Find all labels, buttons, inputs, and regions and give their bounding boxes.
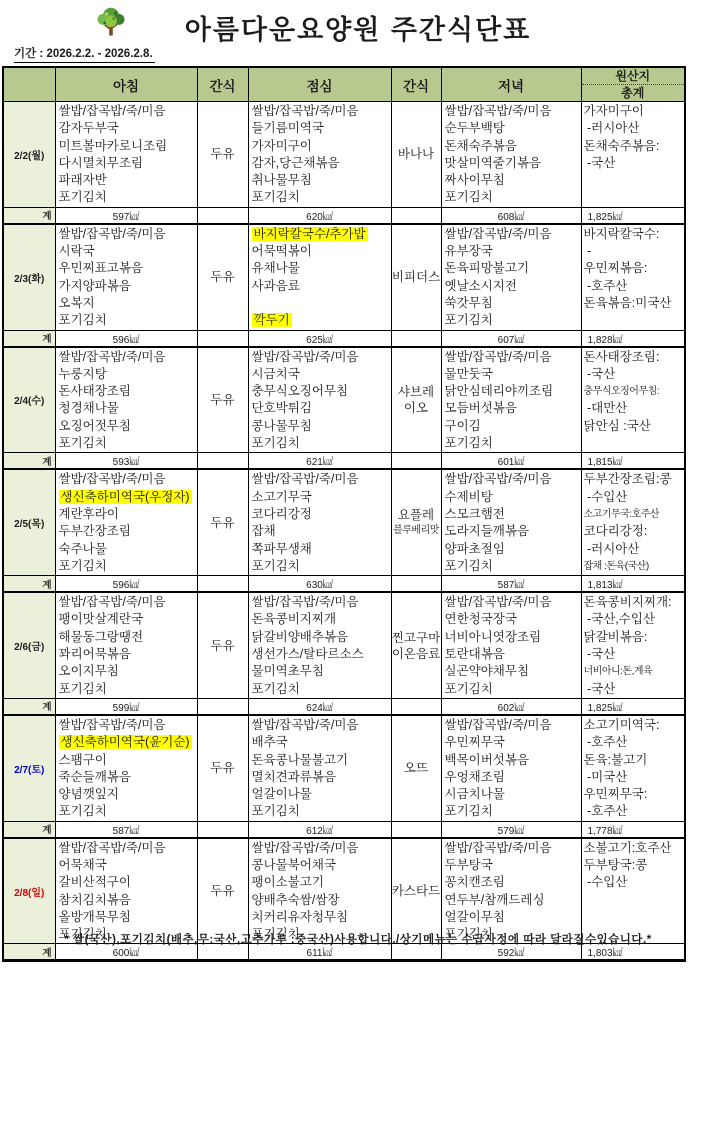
origin-cell: 소불고기:호주산두부탕국:콩 -수입산 [581,838,685,944]
period-label: 기간 : 2026.2.2. - 2026.2.8. [14,45,155,63]
origin-line: -호주산 [584,803,685,820]
menu-item: 쌀밥/잡곡밥/죽/미음 [252,471,391,488]
menu-item: 연한청국장국 [445,611,581,628]
header-total: 총계 [582,85,685,101]
menu-item: 포기김치 [252,558,391,575]
menu-item: 꽁치캔조림 [445,874,581,891]
breakfast-cell: 쌀밥/잡곡밥/죽/미음팽이맛살계란국해물동그랑땡전꽈리어묵볶음오이지무침포기김치 [55,592,197,698]
menu-item: 너비아니엿장조림 [445,629,581,646]
breakfast-cell: 쌀밥/잡곡밥/죽/미음시락국우민찌표고볶음가지양파볶음오복지포기김치 [55,224,197,330]
kcal-empty-cell [197,698,248,715]
menu-item: 감자두부국 [59,120,197,137]
snack-pm-cell: 비피더스 [391,224,441,330]
origin-line: -러시아산 [584,120,685,137]
snack-am-cell: 두유 [197,838,248,944]
menu-item: 생선가스/탈타르소스 [252,646,391,663]
origin-line: 우민찌볶음: [584,260,685,277]
menu-item: 미트볼마카로니조림 [59,138,197,155]
lunch-cell: 쌀밥/잡곡밥/죽/미음시금치국충무식오징어무침단호박튀김콩나물무침포기김치 [248,347,391,453]
snack-item: 블루베리맛 [392,523,441,539]
breakfast-kcal: 587㎉ [55,821,197,838]
menu-item: 포기김치 [59,558,197,575]
total-kcal: 1,828㎉ [581,330,685,347]
origin-cell: 돈사태장조림: -국산충무식오징어무침: -대만산닭안심 :국산 [581,347,685,453]
day-label: 2/2(월) [3,102,55,208]
menu-item: 가지양파볶음 [59,278,197,295]
menu-item: 우민찌무국 [445,734,581,751]
day-row-4: 2/6(금)쌀밥/잡곡밥/죽/미음팽이맛살계란국해물동그랑땡전꽈리어묵볶음오이지… [3,592,685,698]
origin-line: -국산 [584,155,685,172]
breakfast-kcal: 599㎉ [55,698,197,715]
menu-item: 쌀밥/잡곡밥/죽/미음 [445,471,581,488]
origin-line: -수입산 [584,874,685,891]
lunch-kcal: 621㎉ [248,453,391,470]
menu-item: 죽순들깨볶음 [59,769,197,786]
menu-item: 쌀밥/잡곡밥/죽/미음 [59,840,197,857]
menu-item: 돈육피망불고기 [445,260,581,277]
dinner-kcal: 602㎉ [441,698,581,715]
snack-item: 오뜨 [392,760,441,776]
dinner-cell: 쌀밥/잡곡밥/죽/미음수제비탕스모크햄전도라지들깨볶음양파초절임포기김치 [441,469,581,575]
total-kcal: 1,778㎉ [581,821,685,838]
origin-cell: 돈육콩비지찌개: -국산,수입산닭갈비볶음: -국산너비아니:돈,계육 -국산 [581,592,685,698]
snack-item: 카스타드 [392,883,441,899]
menu-item: 쌀밥/잡곡밥/죽/미음 [445,103,581,120]
menu-item: 바지락칼국수/추가밥 [252,226,391,243]
origin-line: 잡채 :돈육(국산) [584,558,685,575]
origin-line: - [584,243,685,260]
origin-cell: 바지락칼국수: -우민찌볶음: -호주산돈육볶음:미국산 [581,224,685,330]
kcal-empty-cell [197,453,248,470]
origin-line: 돈육:불고기 [584,752,685,769]
menu-item: 포기김치 [59,435,197,452]
breakfast-cell: 쌀밥/잡곡밥/죽/미음생신축하미역국(윤기순)스팸구이죽순들깨볶음양념깻잎지포기… [55,715,197,821]
snack-item: 두유 [198,392,248,408]
menu-item: 단호박튀김 [252,400,391,417]
kcal-row-label: 계 [3,698,55,715]
menu-item: 쌀밥/잡곡밥/죽/미음 [445,840,581,857]
total-kcal: 1,825㎉ [581,207,685,224]
menu-item: 쌀밥/잡곡밥/죽/미음 [252,594,391,611]
origin-line: 우민찌무국: [584,786,685,803]
menu-item: 쌀밥/잡곡밥/죽/미음 [445,717,581,734]
menu-item: 포기김치 [445,803,581,820]
dinner-kcal: 607㎉ [441,330,581,347]
kcal-empty-cell [197,576,248,593]
menu-item: 생신축하미역국(윤기순) [59,734,197,751]
menu-item: 옛날소시지전 [445,278,581,295]
menu-item: 포기김치 [59,189,197,206]
breakfast-kcal: 597㎉ [55,207,197,224]
menu-item: 물미역초무침 [252,663,391,680]
origin-line: -국산 [584,646,685,663]
kcal-row-label: 계 [3,207,55,224]
header-dinner: 저녁 [441,67,581,102]
lunch-kcal: 620㎉ [248,207,391,224]
menu-item: 쌀밥/잡곡밥/죽/미음 [252,103,391,120]
menu-item: 다시멸치무조림 [59,155,197,172]
origin-line: 소고기무국:호주산 [584,506,685,523]
menu-item: 오징어젓무침 [59,418,197,435]
dinner-cell: 쌀밥/잡곡밥/죽/미음물만둣국닭안심데리야끼조림모듬버섯볶음구이김포기김치 [441,347,581,453]
menu-item: 쌀밥/잡곡밥/죽/미음 [252,840,391,857]
menu-item: 닭안심데리야끼조림 [445,383,581,400]
menu-item: 순두부백탕 [445,120,581,137]
snack-item: 샤브레 [392,384,441,400]
lunch-cell: 쌀밥/잡곡밥/죽/미음배추국돈육콩나물불고기멸치견과류볶음얼갈이나물포기김치 [248,715,391,821]
origin-line: -국산 [584,681,685,698]
menu-item: 포기김치 [252,803,391,820]
snack-item: 두유 [198,146,248,162]
menu-item: 포기김치 [252,189,391,206]
menu-item: 들기름미역국 [252,120,391,137]
weekly-menu-table: 아침 간식 점심 간식 저녁 원산지 총계 2/2(월)쌀밥/잡곡밥/죽/미음감… [2,66,686,962]
menu-item: 배추국 [252,734,391,751]
menu-item: 누룽지탕 [59,366,197,383]
menu-item: 코다리강정 [252,506,391,523]
corner-diagonal-cell [3,67,55,102]
snack-pm-cell: 오뜨 [391,715,441,821]
snack-item: 비피더스 [392,269,441,285]
menu-item: 치커리유자청무침 [252,909,391,926]
lunch-kcal: 630㎉ [248,576,391,593]
origin-cell: 두부간장조림:콩 -수입산소고기무국:호주산코다리강정: -러시아산잡채 :돈육… [581,469,685,575]
menu-item: 생신축하미역국(우정자) [59,489,197,506]
menu-item: 충무식오징어무침 [252,383,391,400]
dinner-cell: 쌀밥/잡곡밥/죽/미음연한청국장국너비아니엿장조림토란대볶음실곤약야채무침포기김… [441,592,581,698]
kcal-row-1: 계596㎉625㎉607㎉1,828㎉ [3,330,685,347]
dinner-kcal: 579㎉ [441,821,581,838]
menu-item: 쌀밥/잡곡밥/죽/미음 [252,349,391,366]
day-label: 2/3(화) [3,224,55,330]
snack-pm-cell: 카스타드 [391,838,441,944]
snack-item: 두유 [198,515,248,531]
breakfast-cell: 쌀밥/잡곡밥/죽/미음누룽지탕돈사태장조림청경채나물오징어젓무침포기김치 [55,347,197,453]
origin-line: 소불고기:호주산 [584,840,685,857]
menu-item: 쌀밥/잡곡밥/죽/미음 [59,594,197,611]
menu-item: 시락국 [59,243,197,260]
dinner-cell: 쌀밥/잡곡밥/죽/미음두부탕국꽁치캔조림연두부/참깨드레싱얼갈이무침포기김치 [441,838,581,944]
menu-item: 양배추숙쌈/쌈장 [252,892,391,909]
kcal-empty-cell [391,207,441,224]
origin-line: 돈채숙주볶음: [584,138,685,155]
menu-item: 시금치국 [252,366,391,383]
menu-item: 포기김치 [445,189,581,206]
kcal-row-3: 계596㎉630㎉587㎉1,813㎉ [3,576,685,593]
kcal-empty-cell [391,698,441,715]
origin-line: -호주산 [584,734,685,751]
lunch-cell: 쌀밥/잡곡밥/죽/미음소고기무국코다리강정잡채쪽파무생채포기김치 [248,469,391,575]
menu-item: 소고기무국 [252,489,391,506]
menu-item: 숙주나물 [59,541,197,558]
origin-cell: 가자미구이 -러시아산돈채숙주볶음: -국산 [581,102,685,208]
highlighted-menu-item: 생신축하미역국(윤기순) [59,735,192,749]
lunch-kcal: 625㎉ [248,330,391,347]
dinner-cell: 쌀밥/잡곡밥/죽/미음순두부백탕돈채숙주볶음맛살미역줄기볶음짜사이무침포기김치 [441,102,581,208]
menu-item: 얼갈이나물 [252,786,391,803]
menu-item: 갈비산적구이 [59,874,197,891]
dinner-cell: 쌀밥/잡곡밥/죽/미음우민찌무국백목이버섯볶음우엉채조림시금치나물포기김치 [441,715,581,821]
menu-item: 콩나물무침 [252,418,391,435]
kcal-row-label: 계 [3,453,55,470]
menu-item: 포기김치 [445,312,581,329]
header-snack-pm: 간식 [391,67,441,102]
menu-item: 해물동그랑땡전 [59,629,197,646]
menu-item: 도라지들깨볶음 [445,523,581,540]
menu-item: 스팸구이 [59,752,197,769]
kcal-row-label: 계 [3,330,55,347]
kcal-row-2: 계593㎉621㎉601㎉1,815㎉ [3,453,685,470]
origin-line: 코다리강정: [584,523,685,540]
kcal-empty-cell [197,821,248,838]
day-label: 2/5(목) [3,469,55,575]
dinner-cell: 쌀밥/잡곡밥/죽/미음유부장국돈육피망불고기옛날소시지전쑥갓무침포기김치 [441,224,581,330]
header-breakfast: 아침 [55,67,197,102]
header-snack-am: 간식 [197,67,248,102]
kcal-row-label: 계 [3,821,55,838]
total-kcal: 1,825㎉ [581,698,685,715]
menu-item: 두부탕국 [445,857,581,874]
menu-item: 시금치나물 [445,786,581,803]
menu-item: 포기김치 [445,681,581,698]
table-header-row: 아침 간식 점심 간식 저녁 원산지 총계 [3,67,685,102]
menu-item: 양념깻잎지 [59,786,197,803]
total-kcal: 1,815㎉ [581,453,685,470]
menu-item: 쌀밥/잡곡밥/죽/미음 [59,103,197,120]
breakfast-cell: 쌀밥/잡곡밥/죽/미음생신축하미역국(우정자)계란후라이두부간장조림숙주나물포기… [55,469,197,575]
dinner-kcal: 587㎉ [441,576,581,593]
origin-line: -러시아산 [584,541,685,558]
menu-item: 가자미구이 [252,138,391,155]
menu-item: 포기김치 [59,681,197,698]
menu-item: 쌀밥/잡곡밥/죽/미음 [59,226,197,243]
origin-line: 바지락칼국수: [584,226,685,243]
menu-item: 우엉채조림 [445,769,581,786]
menu-item [252,295,391,312]
day-label: 2/6(금) [3,592,55,698]
kcal-row-5: 계587㎉612㎉579㎉1,778㎉ [3,821,685,838]
day-row-1: 2/3(화)쌀밥/잡곡밥/죽/미음시락국우민찌표고볶음가지양파볶음오복지포기김치… [3,224,685,330]
menu-item: 맛살미역줄기볶음 [445,155,581,172]
header-origin: 원산지 [582,68,685,85]
menu-item: 포기김치 [59,803,197,820]
origin-cell: 소고기미역국: -호주산돈육:불고기 -미국산우민찌무국: -호주산 [581,715,685,821]
header-lunch: 점심 [248,67,391,102]
menu-item: 포기김치 [445,435,581,452]
menu-item: 쌀밥/잡곡밥/죽/미음 [59,717,197,734]
snack-am-cell: 두유 [197,469,248,575]
snack-item: 찐고구마 [392,630,441,646]
day-label: 2/8(일) [3,838,55,944]
snack-am-cell: 두유 [197,102,248,208]
menu-item: 파래자반 [59,172,197,189]
origin-line: 닭갈비볶음: [584,629,685,646]
kcal-empty-cell [197,207,248,224]
origin-line: 가자미구이 [584,103,685,120]
weekly-menu-page: 아름다운요양원 주간식단표 기간 : 2026.2.2. - 2026.2.8.… [0,0,716,1130]
lunch-kcal: 624㎉ [248,698,391,715]
menu-item: 스모크햄전 [445,506,581,523]
menu-item: 토란대볶음 [445,646,581,663]
menu-item: 유부장국 [445,243,581,260]
kcal-row-0: 계597㎉620㎉608㎉1,825㎉ [3,207,685,224]
menu-item: 두부간장조림 [59,523,197,540]
day-label: 2/7(토) [3,715,55,821]
page-title: 아름다운요양원 주간식단표 [0,8,716,47]
breakfast-cell: 쌀밥/잡곡밥/죽/미음감자두부국미트볼마카로니조림다시멸치무조림파래자반포기김치 [55,102,197,208]
menu-item: 실곤약야채무침 [445,663,581,680]
day-row-6: 2/8(일)쌀밥/잡곡밥/죽/미음어묵채국갈비산적구이참치김치볶음올방개묵무침포… [3,838,685,944]
kcal-row-label: 계 [3,576,55,593]
snack-item: 바나나 [392,146,441,162]
snack-am-cell: 두유 [197,224,248,330]
menu-item: 물만둣국 [445,366,581,383]
kcal-empty-cell [391,453,441,470]
menu-item: 쌀밥/잡곡밥/죽/미음 [445,349,581,366]
menu-item: 쑥갓무침 [445,295,581,312]
day-row-3: 2/5(목)쌀밥/잡곡밥/죽/미음생신축하미역국(우정자)계란후라이두부간장조림… [3,469,685,575]
snack-am-cell: 두유 [197,347,248,453]
menu-item: 얼갈이무침 [445,909,581,926]
origin-line: -수입산 [584,489,685,506]
day-label: 2/4(수) [3,347,55,453]
menu-item: 돈육콩나물불고기 [252,752,391,769]
menu-item: 감자,당근채볶음 [252,155,391,172]
kcal-empty-cell [197,330,248,347]
day-row-0: 2/2(월)쌀밥/잡곡밥/죽/미음감자두부국미트볼마카로니조림다시멸치무조림파래… [3,102,685,208]
menu-item: 백목이버섯볶음 [445,752,581,769]
breakfast-kcal: 593㎉ [55,453,197,470]
snack-pm-cell: 샤브레이오 [391,347,441,453]
origin-line: 돈육볶음:미국산 [584,295,685,312]
menu-item: 유채나물 [252,260,391,277]
origin-line: 돈사태장조림: [584,349,685,366]
menu-item: 돈육콩비지찌개 [252,611,391,628]
breakfast-cell: 쌀밥/잡곡밥/죽/미음어묵채국갈비산적구이참치김치볶음올방개묵무침포기김치 [55,838,197,944]
origin-line: -국산 [584,366,685,383]
menu-item: 포기김치 [59,312,197,329]
kcal-empty-cell [391,576,441,593]
origin-line: 충무식오징어무침: [584,383,685,400]
menu-item: 모듬버섯볶음 [445,400,581,417]
origin-line: -국산,수입산 [584,611,685,628]
menu-item: 짜사이무침 [445,172,581,189]
menu-item: 어묵채국 [59,857,197,874]
snack-item: 두유 [198,638,248,654]
highlighted-menu-item: 생신축하미역국(우정자) [59,490,192,504]
menu-item: 취나물무침 [252,172,391,189]
origin-line: -호주산 [584,278,685,295]
snack-item: 이온음료 [392,646,441,662]
breakfast-kcal: 596㎉ [55,330,197,347]
origin-line: 두부간장조림:콩 [584,471,685,488]
menu-item: 청경채나물 [59,400,197,417]
menu-item: 양파초절임 [445,541,581,558]
snack-pm-cell: 요플레블루베리맛 [391,469,441,575]
menu-item: 오복지 [59,295,197,312]
snack-item: 두유 [198,883,248,899]
snack-item: 두유 [198,760,248,776]
dinner-kcal: 608㎉ [441,207,581,224]
menu-item: 올방개묵무침 [59,909,197,926]
menu-item: 꽈리어묵볶음 [59,646,197,663]
menu-item: 포기김치 [252,435,391,452]
menu-item: 콩나물북어채국 [252,857,391,874]
kcal-empty-cell [391,821,441,838]
menu-item: 깍두기 [252,312,391,329]
lunch-kcal: 612㎉ [248,821,391,838]
snack-am-cell: 두유 [197,592,248,698]
dinner-kcal: 601㎉ [441,453,581,470]
menu-item: 쪽파무생채 [252,541,391,558]
menu-item: 계란후라이 [59,506,197,523]
menu-item: 포기김치 [445,558,581,575]
menu-item: 팽이맛살계란국 [59,611,197,628]
footer-note: * 쌀(국산),포기김치(배추,무:국산,고추가루 :중국산)사용합니다./상기… [0,931,716,947]
menu-item: 오이지무침 [59,663,197,680]
snack-item: 요플레 [392,507,441,523]
menu-item: 포기김치 [252,681,391,698]
snack-item: 두유 [198,269,248,285]
menu-item: 잡채 [252,523,391,540]
menu-item: 닭갈비양배추볶음 [252,629,391,646]
lunch-cell: 쌀밥/잡곡밥/죽/미음돈육콩비지찌개닭갈비양배추볶음생선가스/탈타르소스물미역초… [248,592,391,698]
menu-item: 연두부/참깨드레싱 [445,892,581,909]
menu-item: 쌀밥/잡곡밥/죽/미음 [59,471,197,488]
day-row-5: 2/7(토)쌀밥/잡곡밥/죽/미음생신축하미역국(윤기순)스팸구이죽순들깨볶음양… [3,715,685,821]
menu-item: 돈사태장조림 [59,383,197,400]
menu-item: 쌀밥/잡곡밥/죽/미음 [59,349,197,366]
origin-line: 너비아니:돈,계육 [584,663,685,680]
origin-line: 두부탕국:콩 [584,857,685,874]
lunch-cell: 쌀밥/잡곡밥/죽/미음콩나물북어채국팽이소불고기양배추숙쌈/쌈장치커리유자청무침… [248,838,391,944]
lunch-cell: 쌀밥/잡곡밥/죽/미음들기름미역국가자미구이감자,당근채볶음취나물무침포기김치 [248,102,391,208]
menu-table-body: 2/2(월)쌀밥/잡곡밥/죽/미음감자두부국미트볼마카로니조림다시멸치무조림파래… [3,102,685,961]
menu-item: 참치김치볶음 [59,892,197,909]
highlighted-menu-item: 바지락칼국수/추가밥 [252,227,368,241]
menu-item: 팽이소불고기 [252,874,391,891]
breakfast-kcal: 596㎉ [55,576,197,593]
menu-item: 사과음료 [252,278,391,295]
menu-item: 쌀밥/잡곡밥/죽/미음 [445,594,581,611]
origin-line: 닭안심 :국산 [584,418,685,435]
snack-pm-cell: 바나나 [391,102,441,208]
header-origin-total: 원산지 총계 [581,67,685,102]
menu-item: 쌀밥/잡곡밥/죽/미음 [445,226,581,243]
snack-item: 이오 [392,400,441,416]
kcal-row-4: 계599㎉624㎉602㎉1,825㎉ [3,698,685,715]
origin-line: -대만산 [584,400,685,417]
menu-item: 우민찌표고볶음 [59,260,197,277]
day-row-2: 2/4(수)쌀밥/잡곡밥/죽/미음누룽지탕돈사태장조림청경채나물오징어젓무침포기… [3,347,685,453]
menu-item: 어묵떡볶이 [252,243,391,260]
origin-line: -미국산 [584,769,685,786]
menu-item: 돈채숙주볶음 [445,138,581,155]
lunch-cell: 바지락칼국수/추가밥어묵떡볶이유채나물사과음료 깍두기 [248,224,391,330]
origin-line: 소고기미역국: [584,717,685,734]
total-kcal: 1,813㎉ [581,576,685,593]
highlighted-menu-item: 깍두기 [252,313,292,327]
kcal-empty-cell [391,330,441,347]
menu-item: 쌀밥/잡곡밥/죽/미음 [252,717,391,734]
menu-item: 수제비탕 [445,489,581,506]
menu-item: 구이김 [445,418,581,435]
snack-am-cell: 두유 [197,715,248,821]
origin-line: 돈육콩비지찌개: [584,594,685,611]
menu-item: 멸치견과류볶음 [252,769,391,786]
snack-pm-cell: 찐고구마이온음료 [391,592,441,698]
